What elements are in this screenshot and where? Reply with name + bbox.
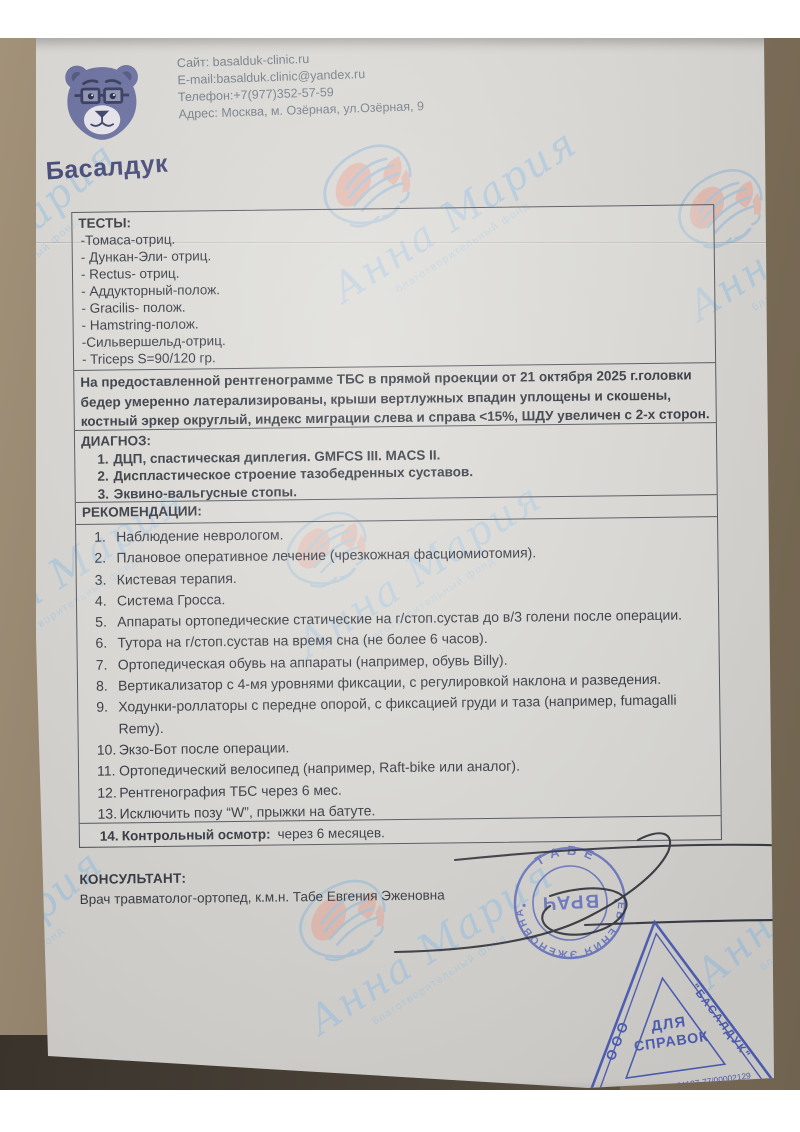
document-photo: Анна Мария благотворительный фонд Анна М… — [0, 38, 800, 1090]
corner-triangle-stamp: ООО "БАСАЛДУК" ДЛЯ СПРАВОК Лицензия № Л0… — [547, 901, 787, 1127]
stamp-side-ooo: ООО — [603, 1016, 633, 1062]
stamp-side-company: "БАСАЛДУК" — [688, 982, 753, 1062]
screenshot-root: { "header": { "brand": "Басалдук", "cont… — [0, 0, 800, 1132]
stamp-layer: ЕВГЕНИЯ ЭЖЕНОВНА ТАБЕ ВРАЧ — [0, 38, 800, 1090]
paper-sheet: Анна Мария благотворительный фонд Анна М… — [0, 38, 800, 1090]
stamp-license: Лицензия № Л041-01137-77/00002129 — [604, 1070, 752, 1101]
stamp-center-line2: СПРАВОК — [633, 1029, 710, 1055]
